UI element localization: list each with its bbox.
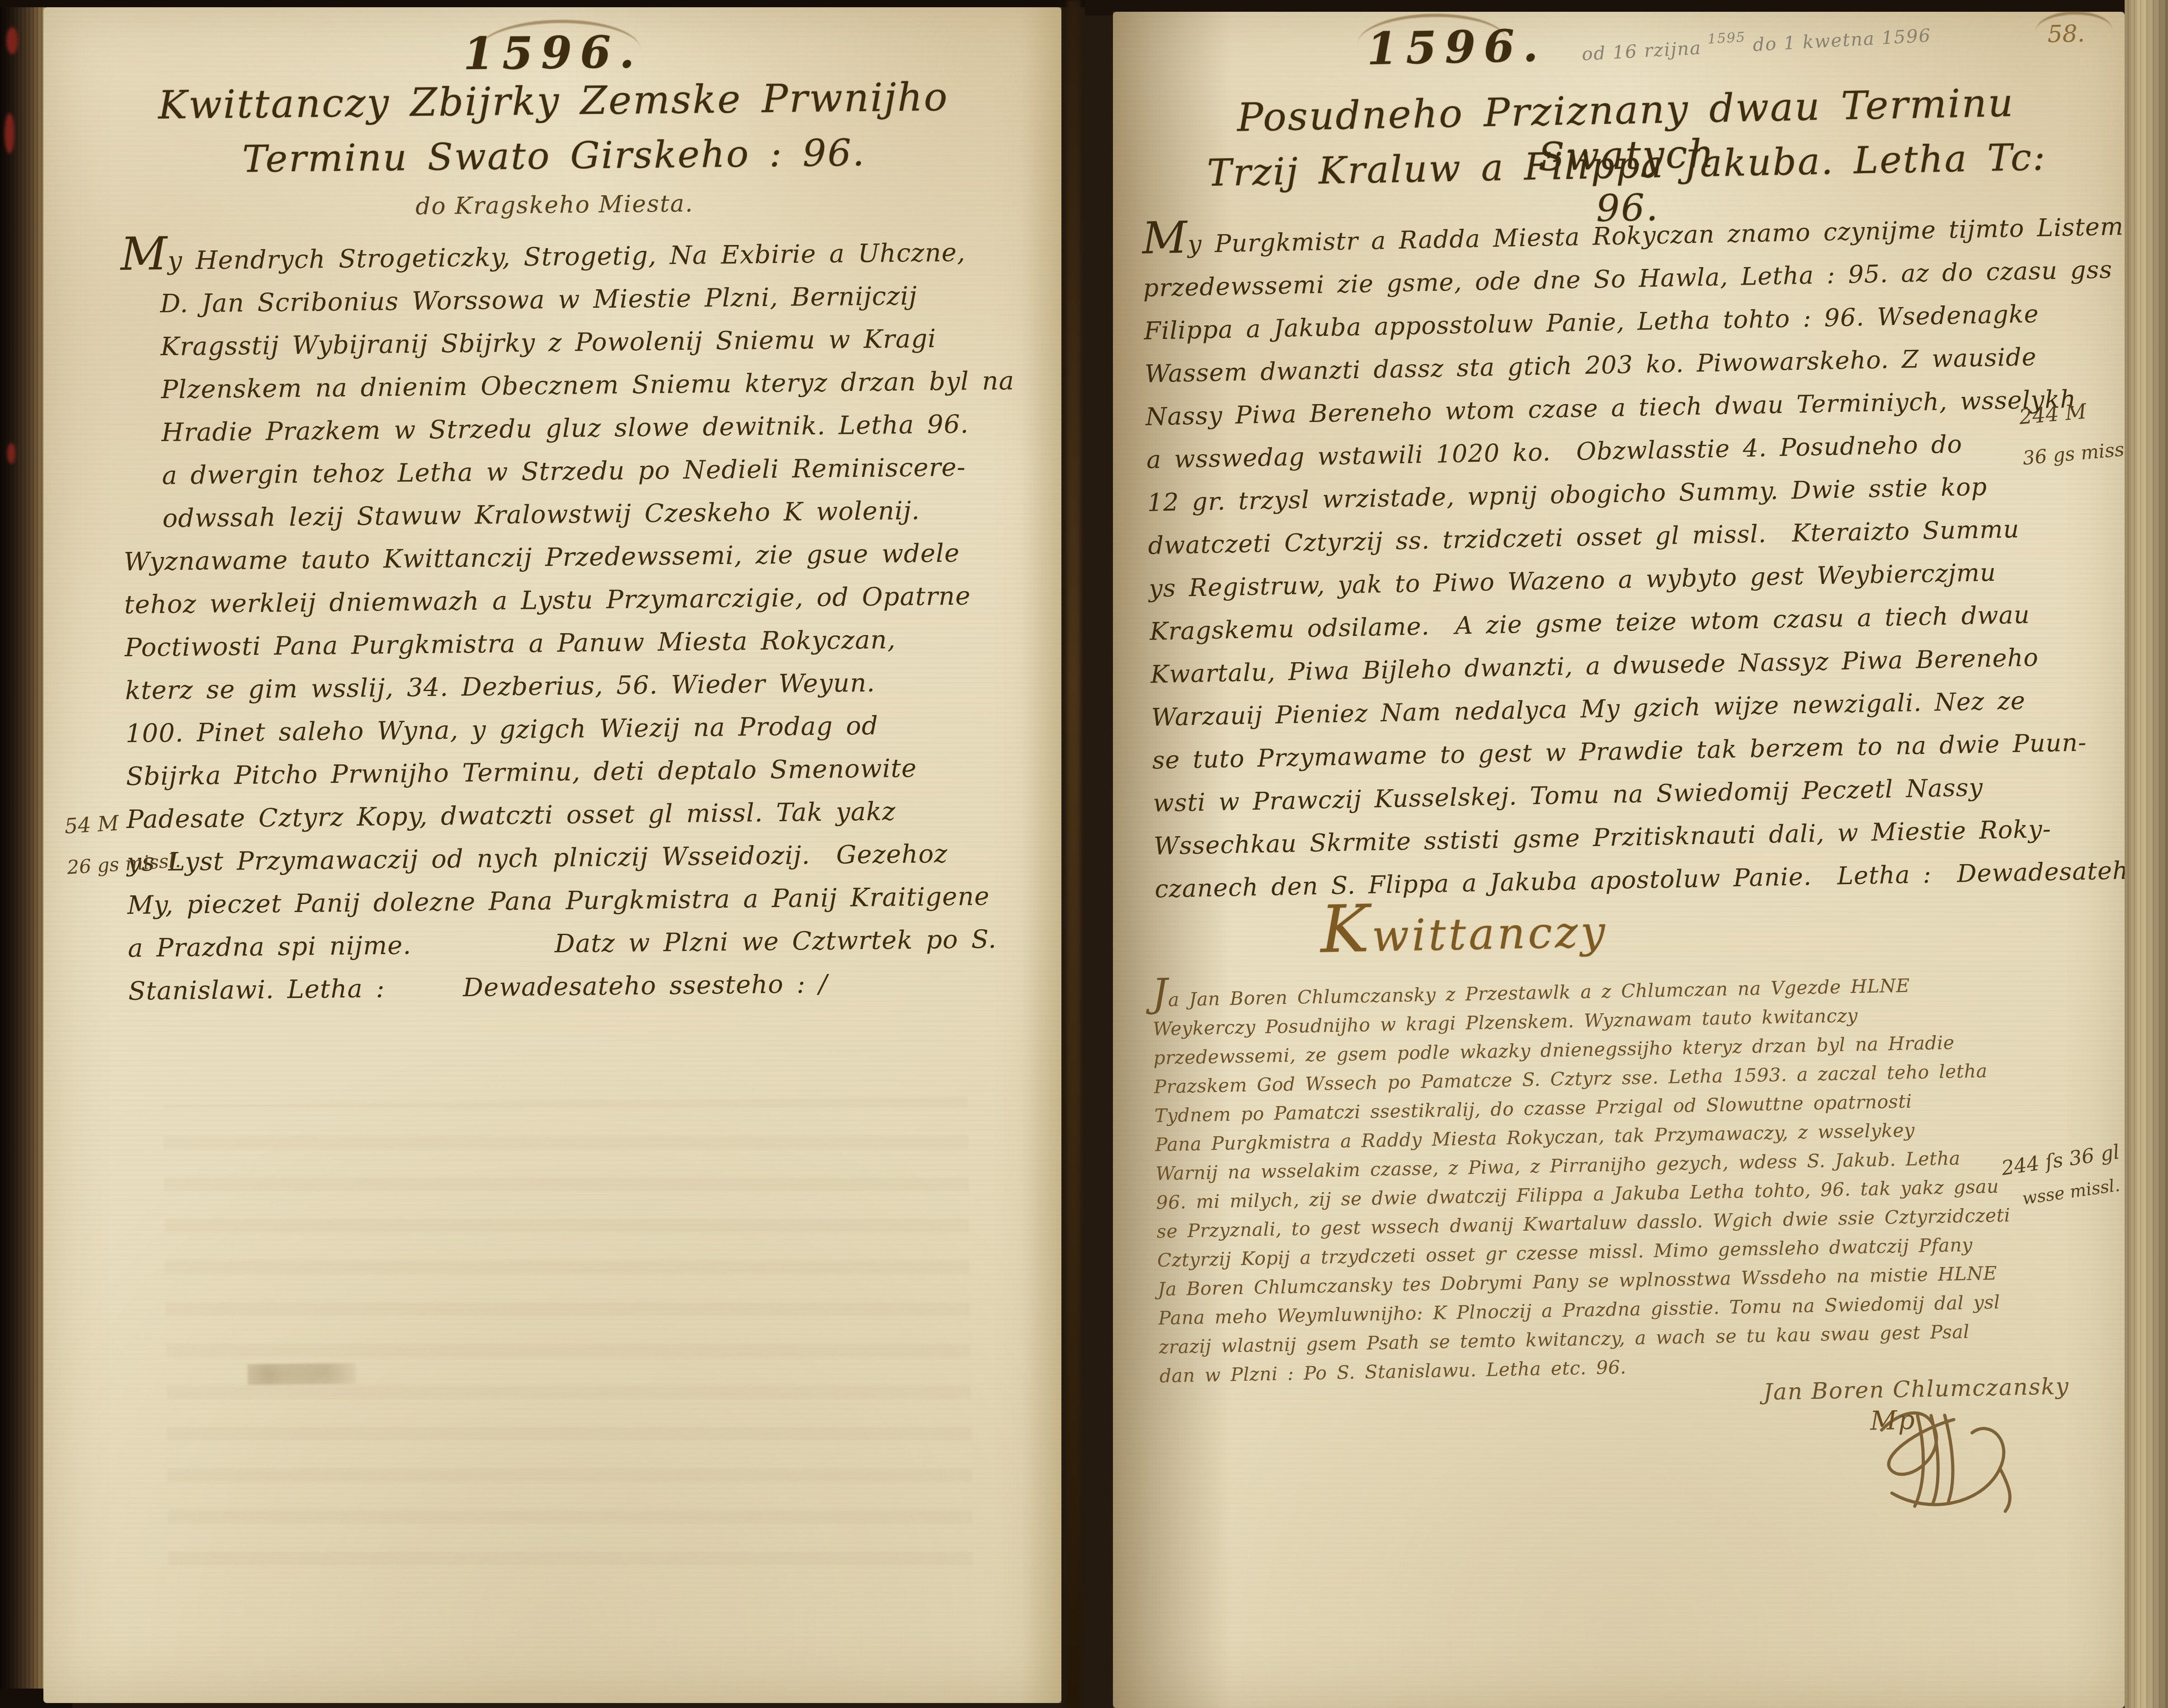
right-page-content: 1596. od 16 rzijna 1595 do 1 kwetna 1596… — [1113, 0, 2157, 1708]
text-line: Stanislawi. Letha : Dewadesateho ssesteh… — [128, 960, 1042, 1013]
fore-edge-shading — [2125, 0, 2168, 1708]
folio-page-number: 58. — [2047, 20, 2085, 48]
left-page: 1596. Kwittanczy Zbijrky Zemske Prwnijho… — [43, 7, 1061, 1703]
faint-smudge — [247, 1363, 356, 1385]
binding-red-speck — [7, 443, 15, 464]
book-spread: 1596. Kwittanczy Zbijrky Zemske Prwnijho… — [0, 0, 2168, 1708]
binding-red-speck — [6, 27, 18, 54]
right-page-year-heading: 1596. — [1367, 20, 1547, 75]
signature-manu-propria: Mp — [1870, 1404, 1916, 1436]
left-binding-page-striations — [0, 0, 45, 1708]
pencil-note-suffix: do 1 kwetna 1596 — [1752, 25, 1932, 56]
left-page-body: My Hendrych Strogeticzky, Strogetig, Na … — [120, 231, 1042, 1013]
receipt-paragraph: Ja Jan Boren Chlumczansky z Przestawlk a… — [1152, 963, 2136, 1390]
left-page-title-line-2: Terminu Swato Girskeho : 96. — [45, 129, 1063, 183]
archivist-pencil-date-note: od 16 rzijna 1595 do 1 kwetna 1596 — [1581, 25, 1932, 65]
binding-red-speck — [5, 113, 14, 154]
left-page-content: 1596. Kwittanczy Zbijrky Zemske Prwnijho… — [43, 2, 1079, 1708]
left-margin-sum-note: 54 M 26 gs missl. — [63, 798, 182, 888]
pencil-note-prefix: od 16 rzijna — [1581, 38, 1702, 65]
right-margin-sum-note-upper: 244 M 36 gs missl. — [2017, 386, 2138, 479]
right-page: 1596. od 16 rzijna 1595 do 1 kwetna 1596… — [1113, 12, 2125, 1708]
left-page-subtitle: do Kragskeho Miesta. — [45, 186, 1064, 224]
margin-note-line: 26 gs missl. — [66, 840, 182, 889]
receipt-section-heading: Kwittanczy — [1320, 906, 1608, 962]
right-page-body: My Purgkmistr a Radda Miesta Rokyczan zn… — [1142, 205, 2118, 911]
gutter-fold-shadow — [1067, 0, 1080, 1708]
pencil-note-superscript-year: 1595 — [1707, 29, 1746, 47]
ink-bleed-through — [163, 1097, 973, 1594]
margin-note-line: 54 M — [63, 798, 179, 847]
